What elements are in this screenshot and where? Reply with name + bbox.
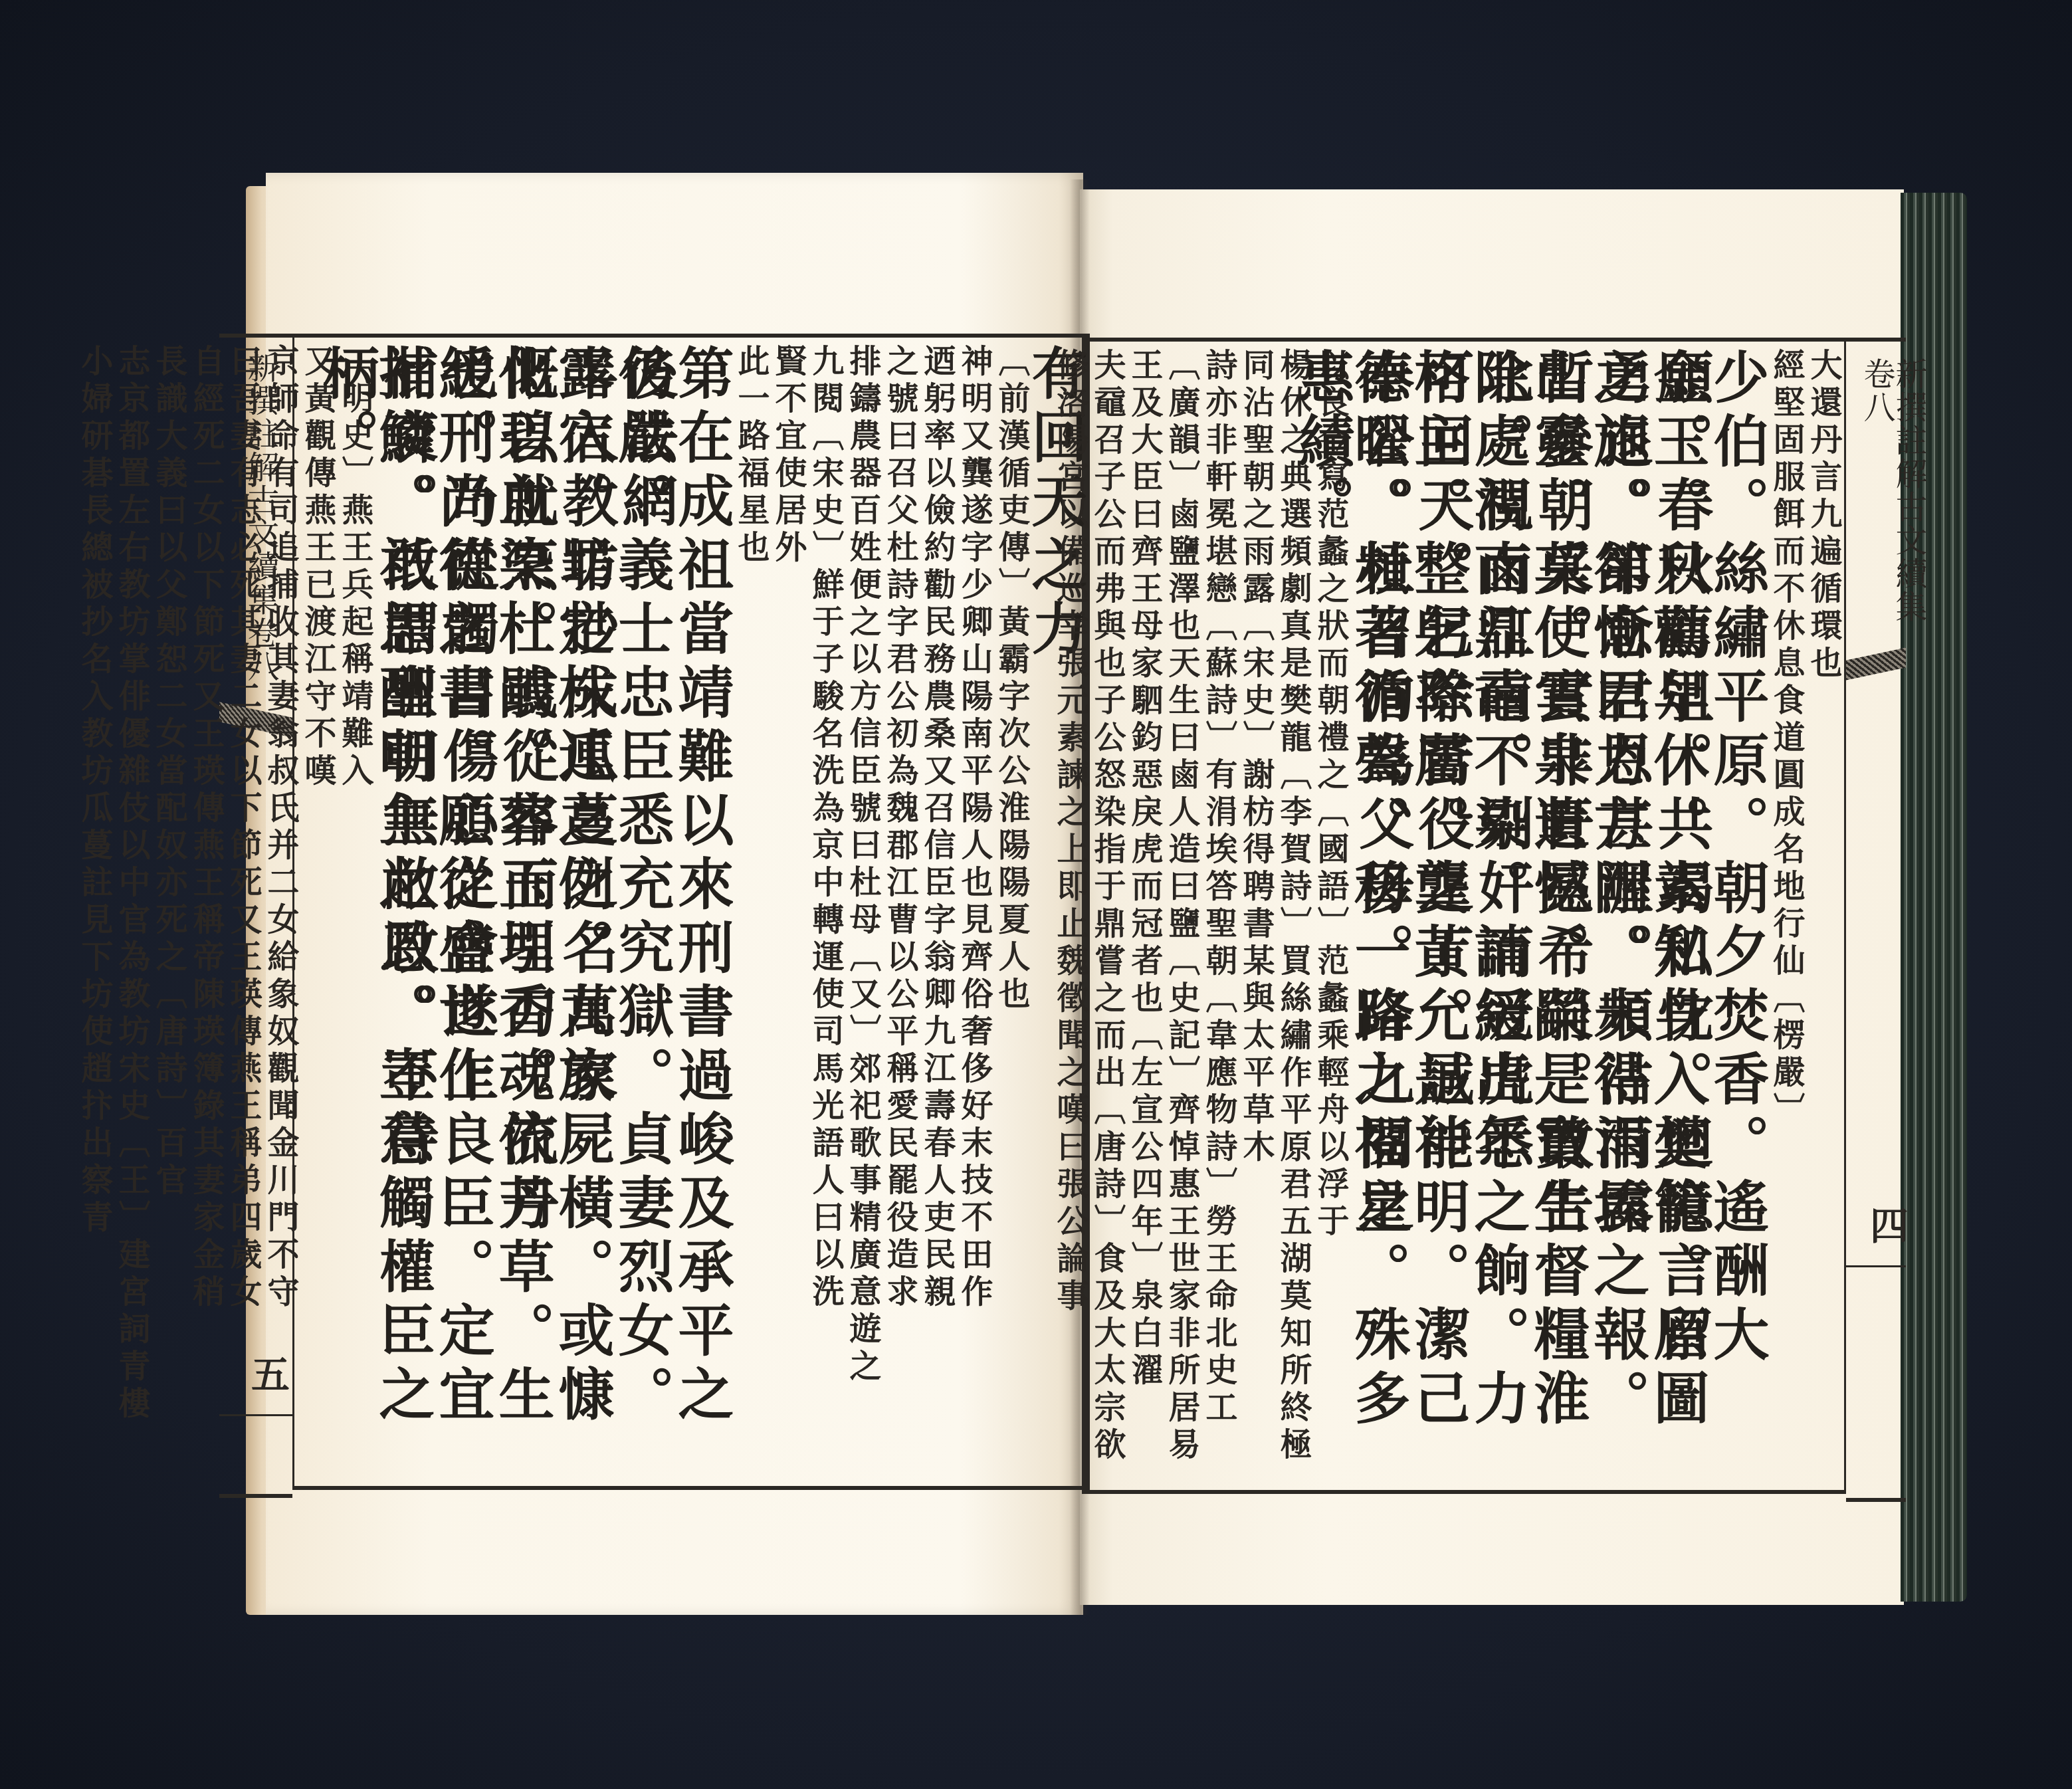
annotation-column: 京師命有司追捕收其妻翁叔氏并二女給象奴觀聞金川門不守 曰吾妻有志必死其妻二女以下… <box>222 344 296 1474</box>
annotation-column: 〔前漢循吏傳〕黃霸字次公淮陽陽夏人也 神明又龔遂字少卿山陽南平陽人也見齊俗奢侈好… <box>953 344 1027 1474</box>
annotation-line: 自經死二女以下節死又王瑛傳燕王稱帝陳瑛簿錄其妻家金稍 <box>185 344 222 1474</box>
text-column: 第在成祖當靖難以來刑書過峻及承平之後法網 <box>670 344 730 1474</box>
annotation-line: 此一路福星也 <box>730 344 767 1474</box>
annotation-line: 之號曰召父杜詩字君公初為魏郡江曹以公平稱愛民罷役造求 <box>879 344 916 1474</box>
annotation-line: 志京都置左右教坊掌俳優雜伎以中官為教坊宋史〔王〕建宮詞青樓 <box>110 344 148 1474</box>
annotation-column: 志京都置左右教坊掌俳優雜伎以中官為教坊宋史〔王〕建宮詞青樓 小婦研碁長總被抄名入… <box>73 344 148 1474</box>
annotation-line: 夫黿召子公而弗與也子公怒染指于鼎嘗之而出〔唐詩〕食及大太宗欲 <box>1086 348 1123 1478</box>
annotation-column: 夫黿召子公而弗與也子公怒染指于鼎嘗之而出〔唐詩〕食及大太宗欲 修洛陽宮以備巡幸張… <box>1049 348 1123 1478</box>
annotation-line: 曰吾妻有志必死其妻二女以下節死又王瑛傳燕王稱弟四歲女 <box>222 344 259 1474</box>
annotation-column: 排鑄農器百姓便之以方信臣號曰杜母〔又〕郊祀歌事精廣意遊之 九閱〔宋史〕鮮于子駿名… <box>804 344 879 1474</box>
annotation-column: 〔明史〕燕王兵起稱靖難入 又黃觀傳燕王已渡江守不嘆 <box>296 344 371 1474</box>
annotation-line: 〔廣韻〕鹵鹽澤也天生曰鹵人造曰鹽〔史記〕齊悼惠王世家非所居易 <box>1160 348 1197 1478</box>
annotation-line: 長識大義曰以父鄭恕二女當配奴亦死之〔唐詩〕百官 <box>148 344 185 1474</box>
annotation-line: 詩亦非軒冕堪戀〔蘇詩〕有涓埃答聖朝〔韋應物詩〕勞王命北史工 <box>1197 348 1235 1478</box>
annotation-column: 迺躬率以儉約勸民務農桑又召信臣字翁卿九江壽春人吏民親 之號曰召父杜詩字君公初為魏… <box>879 344 953 1474</box>
annotation-line: 九閱〔宋史〕鮮于子駿名洗為京中轉運使司馬光語人曰以洗 <box>804 344 841 1474</box>
annotation-line: 神明又龔遂字少卿山陽南平陽人也見齊俗奢侈好末技不田作 <box>953 344 990 1474</box>
right-folio-number: 四 <box>1858 1206 1914 1244</box>
annotation-line: 〔前漢循吏傳〕黃霸字次公淮陽陽夏人也 <box>990 344 1027 1474</box>
annotation-line: 大還丹言九遍循環也 <box>1802 348 1839 1478</box>
annotation-line: 賢不宜使居外 <box>767 344 804 1474</box>
annotation-line: 經堅固服餌而不休息食道圓成名地行仙〔楞嚴〕 <box>1765 348 1802 1478</box>
right-banxin-title: 新撰註解古文續集卷八 <box>1861 358 1924 637</box>
annotation-line: 修洛陽宮以備巡幸張元素諫之上即止魏徵聞之嘆曰張公論事 <box>1049 348 1086 1478</box>
annotation-line: 同沾聖朝之雨露〔宋史〕謝枋得聘書某與太平草木 <box>1235 348 1272 1478</box>
annotation-column: 同沾聖朝之雨露〔宋史〕謝枋得聘書某與太平草木 詩亦非軒冕堪戀〔蘇詩〕有涓埃答聖朝… <box>1197 348 1272 1478</box>
open-book: 新撰註解古文續集卷八 五 新撰註解古文續集卷八 四 有回天之力 〔前漢循吏傳〕黃… <box>246 159 1974 1622</box>
text-column: 少伯。絲繡平原。朝夕焚香。遙酬大願。春秋薦俎。共竭私忱。迴憶言留 <box>1705 348 1765 1478</box>
right-banxin-rule <box>1846 1265 1906 1267</box>
left-page-text: 有回天之力 〔前漢循吏傳〕黃霸字次公淮陽陽夏人也 神明又龔遂字少卿山陽南平陽人也… <box>299 344 1083 1481</box>
annotation-column: 大還丹言九遍循環也 經堅固服餌而不休息食道圓成名地行仙〔楞嚴〕 <box>1765 348 1839 1478</box>
annotation-line: 又黃觀傳燕王已渡江守不嘆 <box>296 344 334 1474</box>
annotation-line: 小婦研碁長總被抄名入教坊瓜蔓註見下坊使趙抃出察青 <box>73 344 110 1474</box>
right-banxin: 新撰註解古文續集卷八 四 <box>1846 338 1906 1502</box>
annotation-line: 〔明史〕燕王兵起稱靖難入 <box>334 344 371 1474</box>
annotation-line: 迺躬率以儉約勸民務農桑又召信臣字翁卿九江壽春人吏民親 <box>916 344 953 1474</box>
annotation-column: 自經死二女以下節死又王瑛傳燕王稱帝陳瑛簿錄其妻家金稍 長識大義曰以父鄭恕二女當配… <box>148 344 222 1474</box>
annotation-line: 王及大臣曰齊王母家駟鈞惡戾虎而冠者也〔左宣公四年〕泉白濯 <box>1123 348 1160 1478</box>
right-fishtail-mark <box>1846 647 1906 680</box>
annotation-line: 排鑄農器百姓便之以方信臣號曰杜母〔又〕郊祀歌事精廣意遊之 <box>841 344 879 1474</box>
annotation-line: 京師命有司追捕收其妻翁叔氏并二女給象奴觀聞金川門不守 <box>259 344 296 1474</box>
right-page-text: 大還丹言九遍循環也 經堅固服餌而不休息食道圓成名地行仙〔楞嚴〕 少伯。絲繡平原。… <box>1090 348 1839 1485</box>
annotation-column: 〔廣韻〕鹵鹽澤也天生曰鹵人造曰鹽〔史記〕齊悼惠王世家非所居易 王及大臣曰齊王母家… <box>1123 348 1197 1478</box>
annotation-column: 賢不宜使居外 此一路福星也 <box>730 344 804 1474</box>
